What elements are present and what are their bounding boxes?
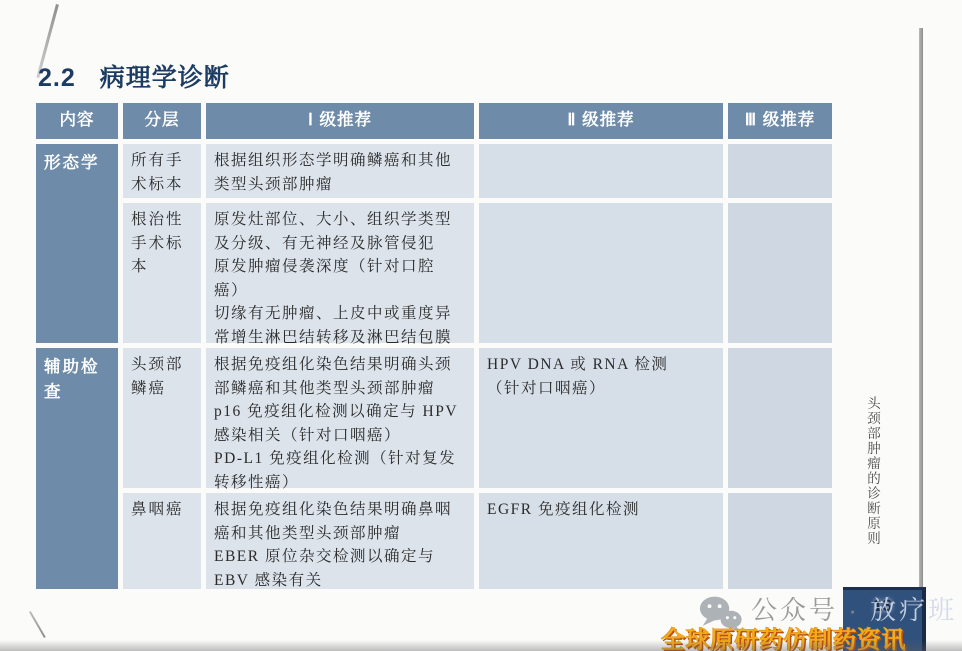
scan-fold-mark-bottom [29,611,46,638]
side-caption-vertical: 头颈部肿瘤的诊断原则 [862,396,882,546]
rec2-hnscc: HPV DNA 或 RNA 检测 （针对口咽癌） [479,348,723,488]
rec3-npc-empty [728,493,832,589]
pathology-diagnosis-table: 内容 分层 Ⅰ 级推荐 Ⅱ 级推荐 Ⅲ 级推荐 形态学 所有手术标本 根据组织形… [36,103,832,589]
strata-all-specimens: 所有手术标本 [123,144,201,198]
section-label-auxiliary: 辅助检查 [36,348,118,589]
rec2-radical-specimens-empty [479,203,723,343]
scanned-document-page: 2.2 病理学诊断 内容 分层 Ⅰ 级推荐 Ⅱ 级推荐 Ⅲ 级推荐 形态学 所有… [0,0,962,651]
column-header-content: 内容 [36,103,118,139]
rec1-radical-specimens: 原发灶部位、大小、组织学类型及分级、有无神经及脉管侵犯 原发肿瘤侵袭深度（针对口… [206,203,474,343]
rec1-npc: 根据免疫组化染色结果明确鼻咽癌和其他类型头颈部肿瘤 EBER 原位杂交检测以确定… [206,493,474,589]
column-header-level3: Ⅲ 级推荐 [728,103,832,139]
strata-radical-specimens: 根治性手术标本 [123,203,201,343]
rec1-hnscc: 根据免疫组化染色结果明确头颈部鳞癌和其他类型头颈部肿瘤 p16 免疫组化检测以确… [206,348,474,488]
rec3-radical-specimens-empty [728,203,832,343]
rec3-all-specimens-empty [728,144,832,198]
rec1-all-specimens: 根据组织形态学明确鳞癌和其他类型头颈部肿瘤 [206,144,474,198]
section-heading: 2.2 病理学诊断 [38,58,230,94]
rec2-npc: EGFR 免疫组化检测 [479,493,723,589]
section-label-morphology: 形态学 [36,144,118,343]
section-number: 2.2 [38,64,76,93]
section-title: 病理学诊断 [100,58,230,94]
rec2-all-specimens-empty [479,144,723,198]
column-header-level2: Ⅱ 级推荐 [479,103,723,139]
column-header-level1: Ⅰ 级推荐 [206,103,474,139]
strata-npc: 鼻咽癌 [123,493,201,589]
rec3-hnscc-empty [728,348,832,488]
strata-hnscc: 头颈部鳞癌 [123,348,201,488]
orange-banner-watermark: 全球原研药仿制药资讯 [661,620,906,651]
page-edge-line [919,28,923,651]
column-header-strata: 分层 [123,103,201,139]
